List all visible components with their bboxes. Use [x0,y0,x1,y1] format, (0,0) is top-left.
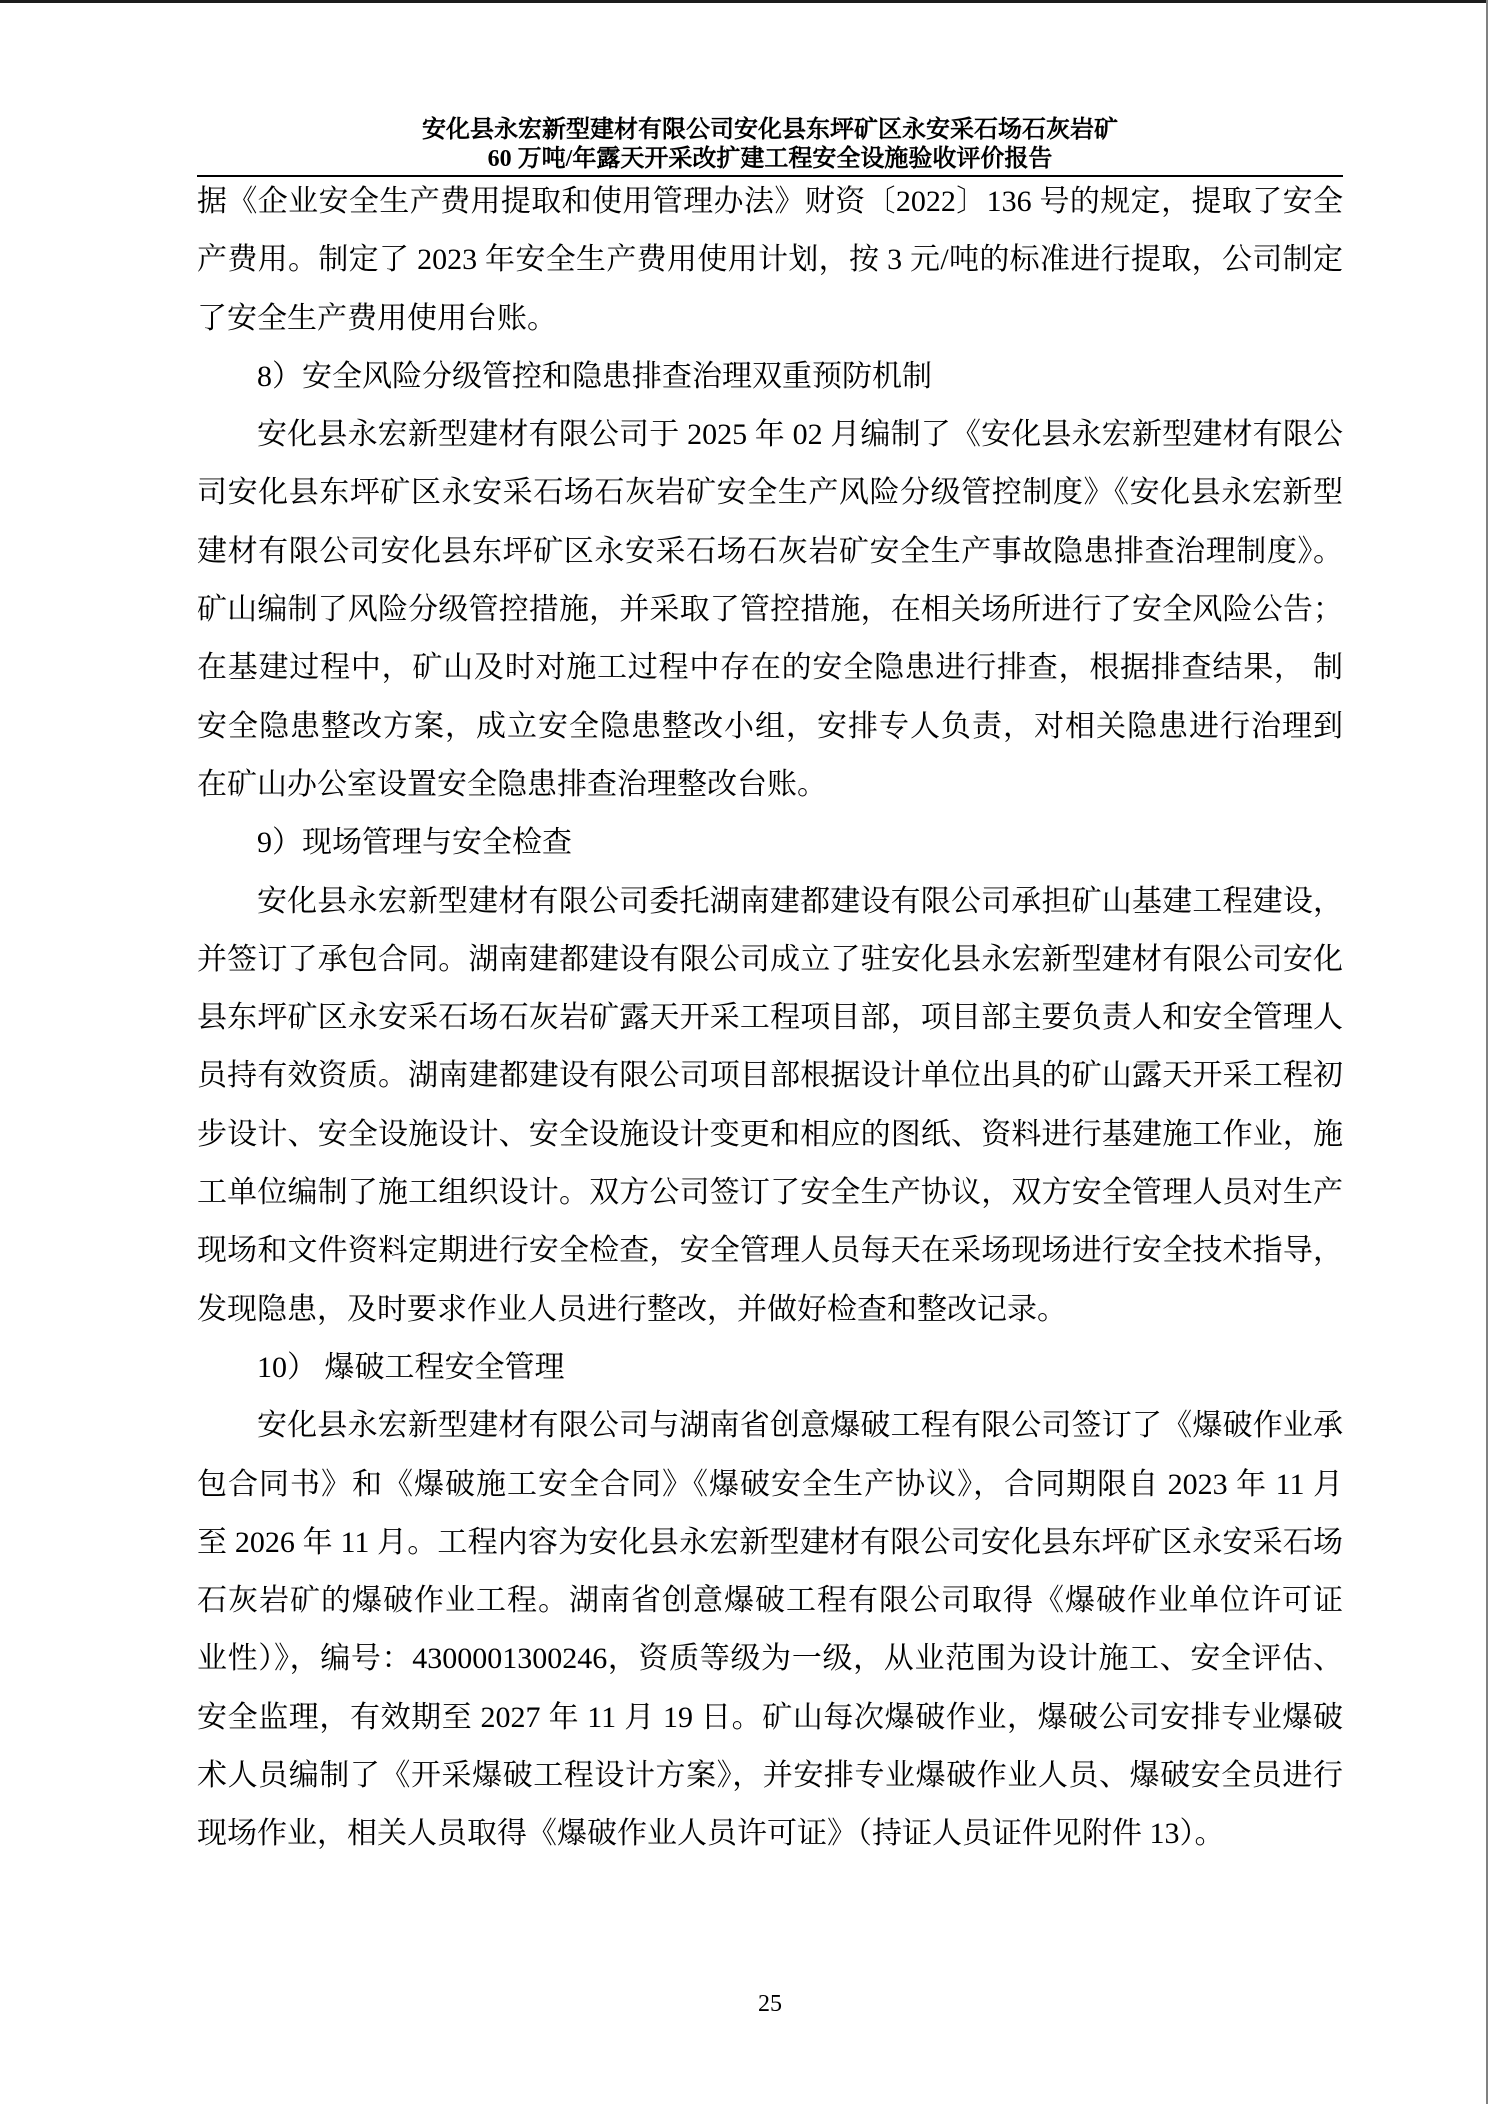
paragraph-line: 安化县永宏新型建材有限公司委托湖南建都建设有限公司承担矿山基建工程建设， [197,873,1343,931]
paragraph-line: 员持有效资质。湖南建都建设有限公司项目部根据设计单位出具的矿山露天开采工程初 [197,1047,1343,1105]
paragraph-line: 安化县永宏新型建材有限公司于 2025 年 02 月编制了《安化县永宏新型建材有… [197,406,1343,464]
page-number: 25 [758,1991,782,2017]
paragraph-line: 术人员编制了《开采爆破工程设计方案》，并安排专业爆破作业人员、爆破安全员进行 [197,1747,1343,1805]
header-title-line-1: 安化县永宏新型建材有限公司安化县东坪矿区永安采石场石灰岩矿 [197,116,1343,145]
paragraph-line: 安全隐患整改方案，成立安全隐患整改小组，安排专人负责，对相关隐患进行治理到位， [197,698,1343,756]
paragraph-line: 司安化县东坪矿区永安采石场石灰岩矿安全生产风险分级管控制度》《安化县永宏新型 [197,464,1343,522]
paragraph-line: 安化县永宏新型建材有限公司与湖南省创意爆破工程有限公司签订了《爆破作业承 [197,1397,1343,1455]
section-heading: 9）现场管理与安全检查 [197,814,1343,872]
paragraph-line: 发现隐患，及时要求作业人员进行整改，并做好检查和整改记录。 [197,1281,1343,1339]
paragraph-line: 产费用。制定了 2023 年安全生产费用使用计划，按 3 元/吨的标准进行提取，… [197,231,1343,289]
paragraph-line: 包合同书》和《爆破施工安全合同》《爆破安全生产协议》，合同期限自 2023 年 … [197,1456,1343,1514]
document-body: 据《企业安全生产费用提取和使用管理办法》财资〔2022〕136 号的规定，提取了… [197,173,1343,1864]
paragraph-line: 安全监理，有效期至 2027 年 11 月 19 日。矿山每次爆破作业，爆破公司… [197,1689,1343,1747]
paragraph-line: 至 2026 年 11 月。工程内容为安化县永宏新型建材有限公司安化县东坪矿区永… [197,1514,1343,1572]
paragraph-line: 了安全生产费用使用台账。 [197,290,1343,348]
section-heading: 10） 爆破工程安全管理 [197,1339,1343,1397]
paragraph-line: 在矿山办公室设置安全隐患排查治理整改台账。 [197,756,1343,814]
paragraph-line: 现场和文件资料定期进行安全检查，安全管理人员每天在采场现场进行安全技术指导， [197,1222,1343,1280]
paragraph-line: 工单位编制了施工组织设计。双方公司签订了安全生产协议，双方安全管理人员对生产 [197,1164,1343,1222]
paragraph-line: 建材有限公司安化县东坪矿区永安采石场石灰岩矿安全生产事故隐患排查治理制度》。 [197,523,1343,581]
paragraph-line: 据《企业安全生产费用提取和使用管理办法》财资〔2022〕136 号的规定，提取了… [197,173,1343,231]
paragraph-line: 并签订了承包合同。湖南建都建设有限公司成立了驻安化县永宏新型建材有限公司安化 [197,931,1343,989]
paragraph-line: 在基建过程中，矿山及时对施工过程中存在的安全隐患进行排查，根据排查结果， 制定 [197,639,1343,697]
paragraph-line: 矿山编制了风险分级管控措施，并采取了管控措施，在相关场所进行了安全风险公告； [197,581,1343,639]
section-heading: 8）安全风险分级管控和隐患排查治理双重预防机制 [197,348,1343,406]
paragraph-line: 步设计、安全设施设计、安全设施设计变更和相应的图纸、资料进行基建施工作业，施 [197,1106,1343,1164]
screen-top-edge [0,0,1488,3]
document-page: 安化县永宏新型建材有限公司安化县东坪矿区永安采石场石灰岩矿 60 万吨/年露天开… [0,0,1488,2104]
page-footer: 25 [197,1990,1343,2018]
header-title-line-2: 60 万吨/年露天开采改扩建工程安全设施验收评价报告 [197,145,1343,174]
page-header: 安化县永宏新型建材有限公司安化县东坪矿区永安采石场石灰岩矿 60 万吨/年露天开… [197,116,1343,174]
paragraph-line: 现场作业，相关人员取得《爆破作业人员许可证》（持证人员证件见附件 13）。 [197,1805,1343,1863]
paragraph-line: 业性）》，编号：4300001300246，资质等级为一级，从业范围为设计施工、… [197,1630,1343,1688]
paragraph-line: 县东坪矿区永安采石场石灰岩矿露天开采工程项目部，项目部主要负责人和安全管理人 [197,989,1343,1047]
paragraph-line: 石灰岩矿的爆破作业工程。湖南省创意爆破工程有限公司取得《爆破作业单位许可证（营 [197,1572,1343,1630]
